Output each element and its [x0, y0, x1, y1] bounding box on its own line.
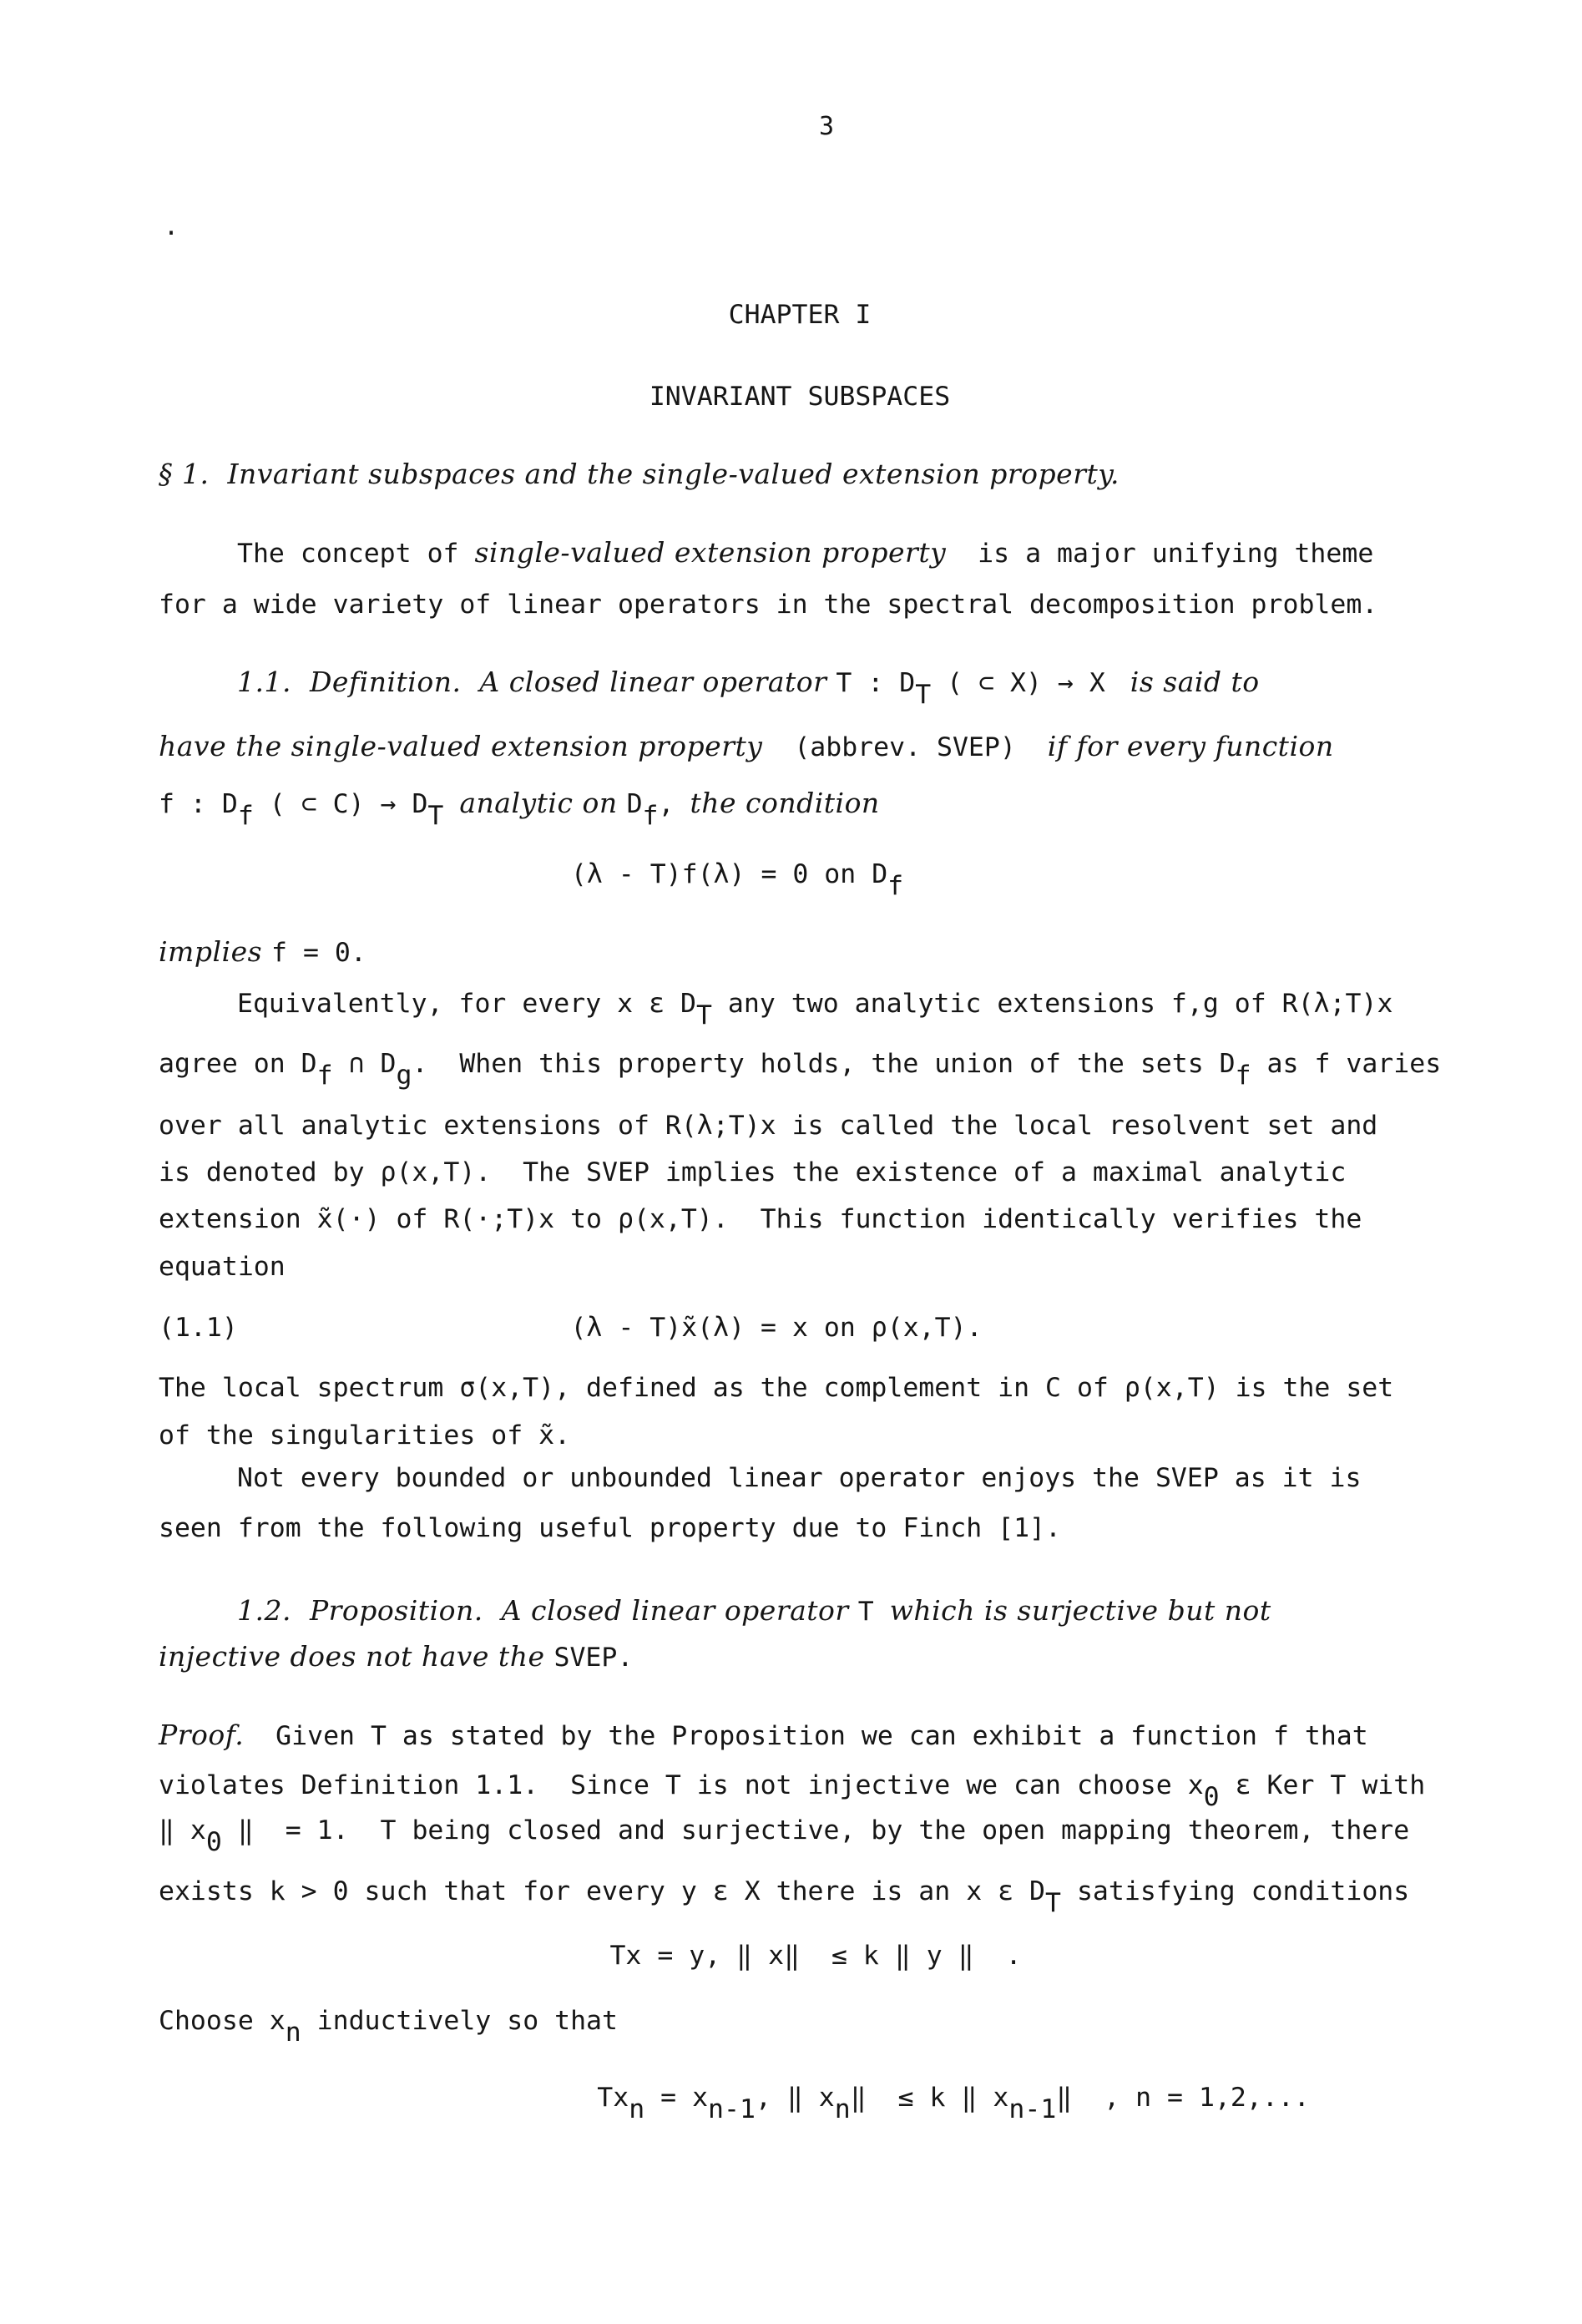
text-segment: ‖ = 1. T being closed and surjective, by…	[222, 1815, 1409, 1846]
proof-line: Proof. Given T as stated by the Proposit…	[159, 1719, 1368, 1753]
text-segment: Tx = y, ‖ x‖ ≤ k ‖ y ‖ .	[609, 1941, 1021, 1971]
text-segment: equation	[159, 1252, 286, 1282]
body-line: Choose xn inductively so that	[159, 2004, 618, 2049]
body-line: The concept of single-valued extension p…	[237, 536, 1373, 570]
text-segment: single-valued extension property	[474, 536, 946, 569]
text-segment: (λ - T)f(λ) = 0 on D	[571, 859, 887, 889]
text-segment: implies	[159, 935, 271, 968]
body-line: The local spectrum σ(x,T), defined as th…	[159, 1371, 1393, 1405]
text-segment: Choose x	[159, 2006, 286, 2036]
text-segment: any two analytic extensions f,g of R(λ;T…	[712, 989, 1392, 1019]
body-line: is denoted by ρ(x,T). The SVEP implies t…	[159, 1156, 1346, 1189]
text-segment: as f varies	[1251, 1049, 1442, 1079]
text-segment: violates Definition 1.1. Since T is not …	[159, 1770, 1204, 1800]
subscript: n-1	[1008, 2094, 1056, 2124]
text-segment: f : D	[159, 789, 238, 819]
subscript: 0	[1204, 1782, 1220, 1812]
subscript: f	[643, 801, 659, 831]
text-segment: have the single-valued extension propert…	[159, 730, 762, 762]
body-line: agree on Df ∩ Dg. When this property hol…	[159, 1047, 1441, 1092]
text-segment: ∩ D	[333, 1049, 397, 1079]
text-segment: satisfying conditions	[1061, 1876, 1409, 1906]
body-line: seen from the following useful property …	[159, 1511, 1061, 1545]
text-segment: 1.2. Proposition. A closed linear operat…	[237, 1594, 858, 1627]
text-segment: exists k > 0 such that for every y ε X t…	[159, 1876, 1045, 1906]
document-page: 3 . CHAPTER I INVARIANT SUBSPACES § 1. I…	[0, 0, 1582, 2324]
proof-line: violates Definition 1.1. Since T is not …	[159, 1769, 1425, 1814]
text-segment: T	[858, 1597, 890, 1627]
body-line: Equivalently, for every x ε DT any two a…	[237, 987, 1392, 1032]
proof-line: exists k > 0 such that for every y ε X t…	[159, 1875, 1409, 1920]
text-segment: § 1. Invariant subspaces and the single-…	[159, 458, 1120, 490]
text-segment: . When this property holds, the union of…	[412, 1049, 1235, 1079]
subscript: n	[629, 2094, 644, 2124]
equation-line: Txn = xn-1, ‖ xn‖ ≤ k ‖ xn-1‖ , n = 1,2,…	[597, 2081, 1309, 2126]
proposition-line: injective does not have the SVEP.	[159, 1640, 633, 1674]
equation-line: (λ - T)f(λ) = 0 on Df	[571, 858, 903, 903]
text-segment: ,	[659, 789, 690, 819]
body-line: for a wide variety of linear operators i…	[159, 588, 1377, 621]
subscript: T	[1045, 1888, 1061, 1918]
body-line: equation	[159, 1250, 286, 1284]
definition-line: 1.1. Definition. A closed linear operato…	[237, 666, 1260, 711]
text-segment: (1.1)	[159, 1313, 238, 1343]
text-segment: f = 0.	[271, 938, 366, 968]
subscript: n	[286, 2018, 301, 2048]
definition-line: have the single-valued extension propert…	[159, 730, 1334, 764]
subscript: n	[835, 2094, 851, 2124]
subscript: f	[317, 1061, 333, 1091]
text-segment	[443, 789, 459, 819]
text-segment: ‖ ≤ k ‖ x	[851, 2083, 1009, 2113]
equation-line: (λ - T)x̃(λ) = x on ρ(x,T).	[570, 1311, 982, 1344]
text-segment: 1.1. Definition. A closed linear operato…	[237, 666, 836, 698]
subscript: T	[427, 801, 443, 831]
text-segment: seen from the following useful property …	[159, 1513, 1061, 1543]
text-segment: analytic on	[459, 787, 626, 819]
text-segment: (abbrev. SVEP)	[762, 732, 1047, 762]
text-segment: , ‖ x	[756, 2083, 835, 2113]
text-segment: is a major unifying theme	[946, 539, 1373, 569]
body-line: implies f = 0.	[159, 935, 366, 970]
text-segment: Given T as stated by the Proposition we …	[244, 1721, 1368, 1751]
text-segment: Proof.	[159, 1719, 244, 1751]
text-segment: for a wide variety of linear operators i…	[159, 590, 1377, 620]
proof-line: ‖ x0 ‖ = 1. T being closed and surjectiv…	[159, 1814, 1409, 1859]
stray-mark: .	[164, 210, 179, 244]
section-heading: § 1. Invariant subspaces and the single-…	[159, 458, 1120, 492]
definition-line: f : Df ( ⊂ C) → DT analytic on Df, the c…	[159, 787, 880, 833]
text-segment: Tx	[597, 2083, 629, 2113]
text-segment: the condition	[690, 787, 879, 819]
body-line: extension x̃(·) of R(·;T)x to ρ(x,T). Th…	[159, 1203, 1362, 1236]
equation-line: Tx = y, ‖ x‖ ≤ k ‖ y ‖ .	[609, 1939, 1021, 1972]
subscript: g	[396, 1061, 412, 1091]
text-segment: agree on D	[159, 1049, 317, 1079]
body-line: over all analytic extensions of R(λ;T)x …	[159, 1109, 1377, 1142]
text-segment: injective does not have the	[159, 1640, 553, 1673]
text-segment: ε Ker T with	[1220, 1770, 1426, 1800]
proposition-line: 1.2. Proposition. A closed linear operat…	[237, 1594, 1271, 1628]
text-segment: extension x̃(·) of R(·;T)x to ρ(x,T). Th…	[159, 1204, 1362, 1234]
text-segment: of the singularities of x̃.	[159, 1420, 570, 1451]
text-segment: SVEP.	[553, 1643, 633, 1673]
text-segment: The local spectrum σ(x,T), defined as th…	[159, 1373, 1393, 1403]
chapter-heading: CHAPTER I	[729, 298, 872, 332]
subscript: T	[696, 1000, 712, 1030]
subscript: 0	[206, 1827, 222, 1857]
subscript: n-1	[708, 2094, 756, 2124]
subscript: f	[1236, 1061, 1251, 1091]
text-segment: ( ⊂ C) → D	[254, 789, 428, 819]
text-segment: D	[627, 789, 643, 819]
text-segment: is said to	[1121, 666, 1260, 698]
subscript: f	[887, 871, 903, 901]
text-segment: Equivalently, for every x ε D	[237, 989, 696, 1019]
text-segment: ( ⊂ X) → X	[931, 668, 1121, 698]
text-segment: over all analytic extensions of R(λ;T)x …	[159, 1111, 1377, 1141]
text-segment: is denoted by ρ(x,T). The SVEP implies t…	[159, 1157, 1346, 1187]
text-segment: ‖ , n = 1,2,...	[1056, 2083, 1309, 2113]
text-segment: T : D	[836, 668, 915, 698]
body-line: Not every bounded or unbounded linear op…	[237, 1461, 1362, 1495]
text-segment: (λ - T)x̃(λ) = x on ρ(x,T).	[570, 1313, 982, 1343]
chapter-title: INVARIANT SUBSPACES	[649, 380, 950, 413]
text-segment: Not every bounded or unbounded linear op…	[237, 1463, 1362, 1493]
text-segment: The concept of	[237, 539, 474, 569]
text-segment: inductively so that	[301, 2006, 618, 2036]
text-segment: which is surjective but not	[890, 1594, 1271, 1627]
text-segment: if for every function	[1048, 730, 1334, 762]
page-number: 3	[819, 110, 834, 144]
subscript: T	[915, 680, 931, 710]
subscript: f	[238, 801, 254, 831]
text-segment: = x	[644, 2083, 708, 2113]
text-segment: ‖ x	[159, 1815, 206, 1846]
body-line: of the singularities of x̃.	[159, 1419, 570, 1452]
equation-number: (1.1)	[159, 1311, 238, 1344]
